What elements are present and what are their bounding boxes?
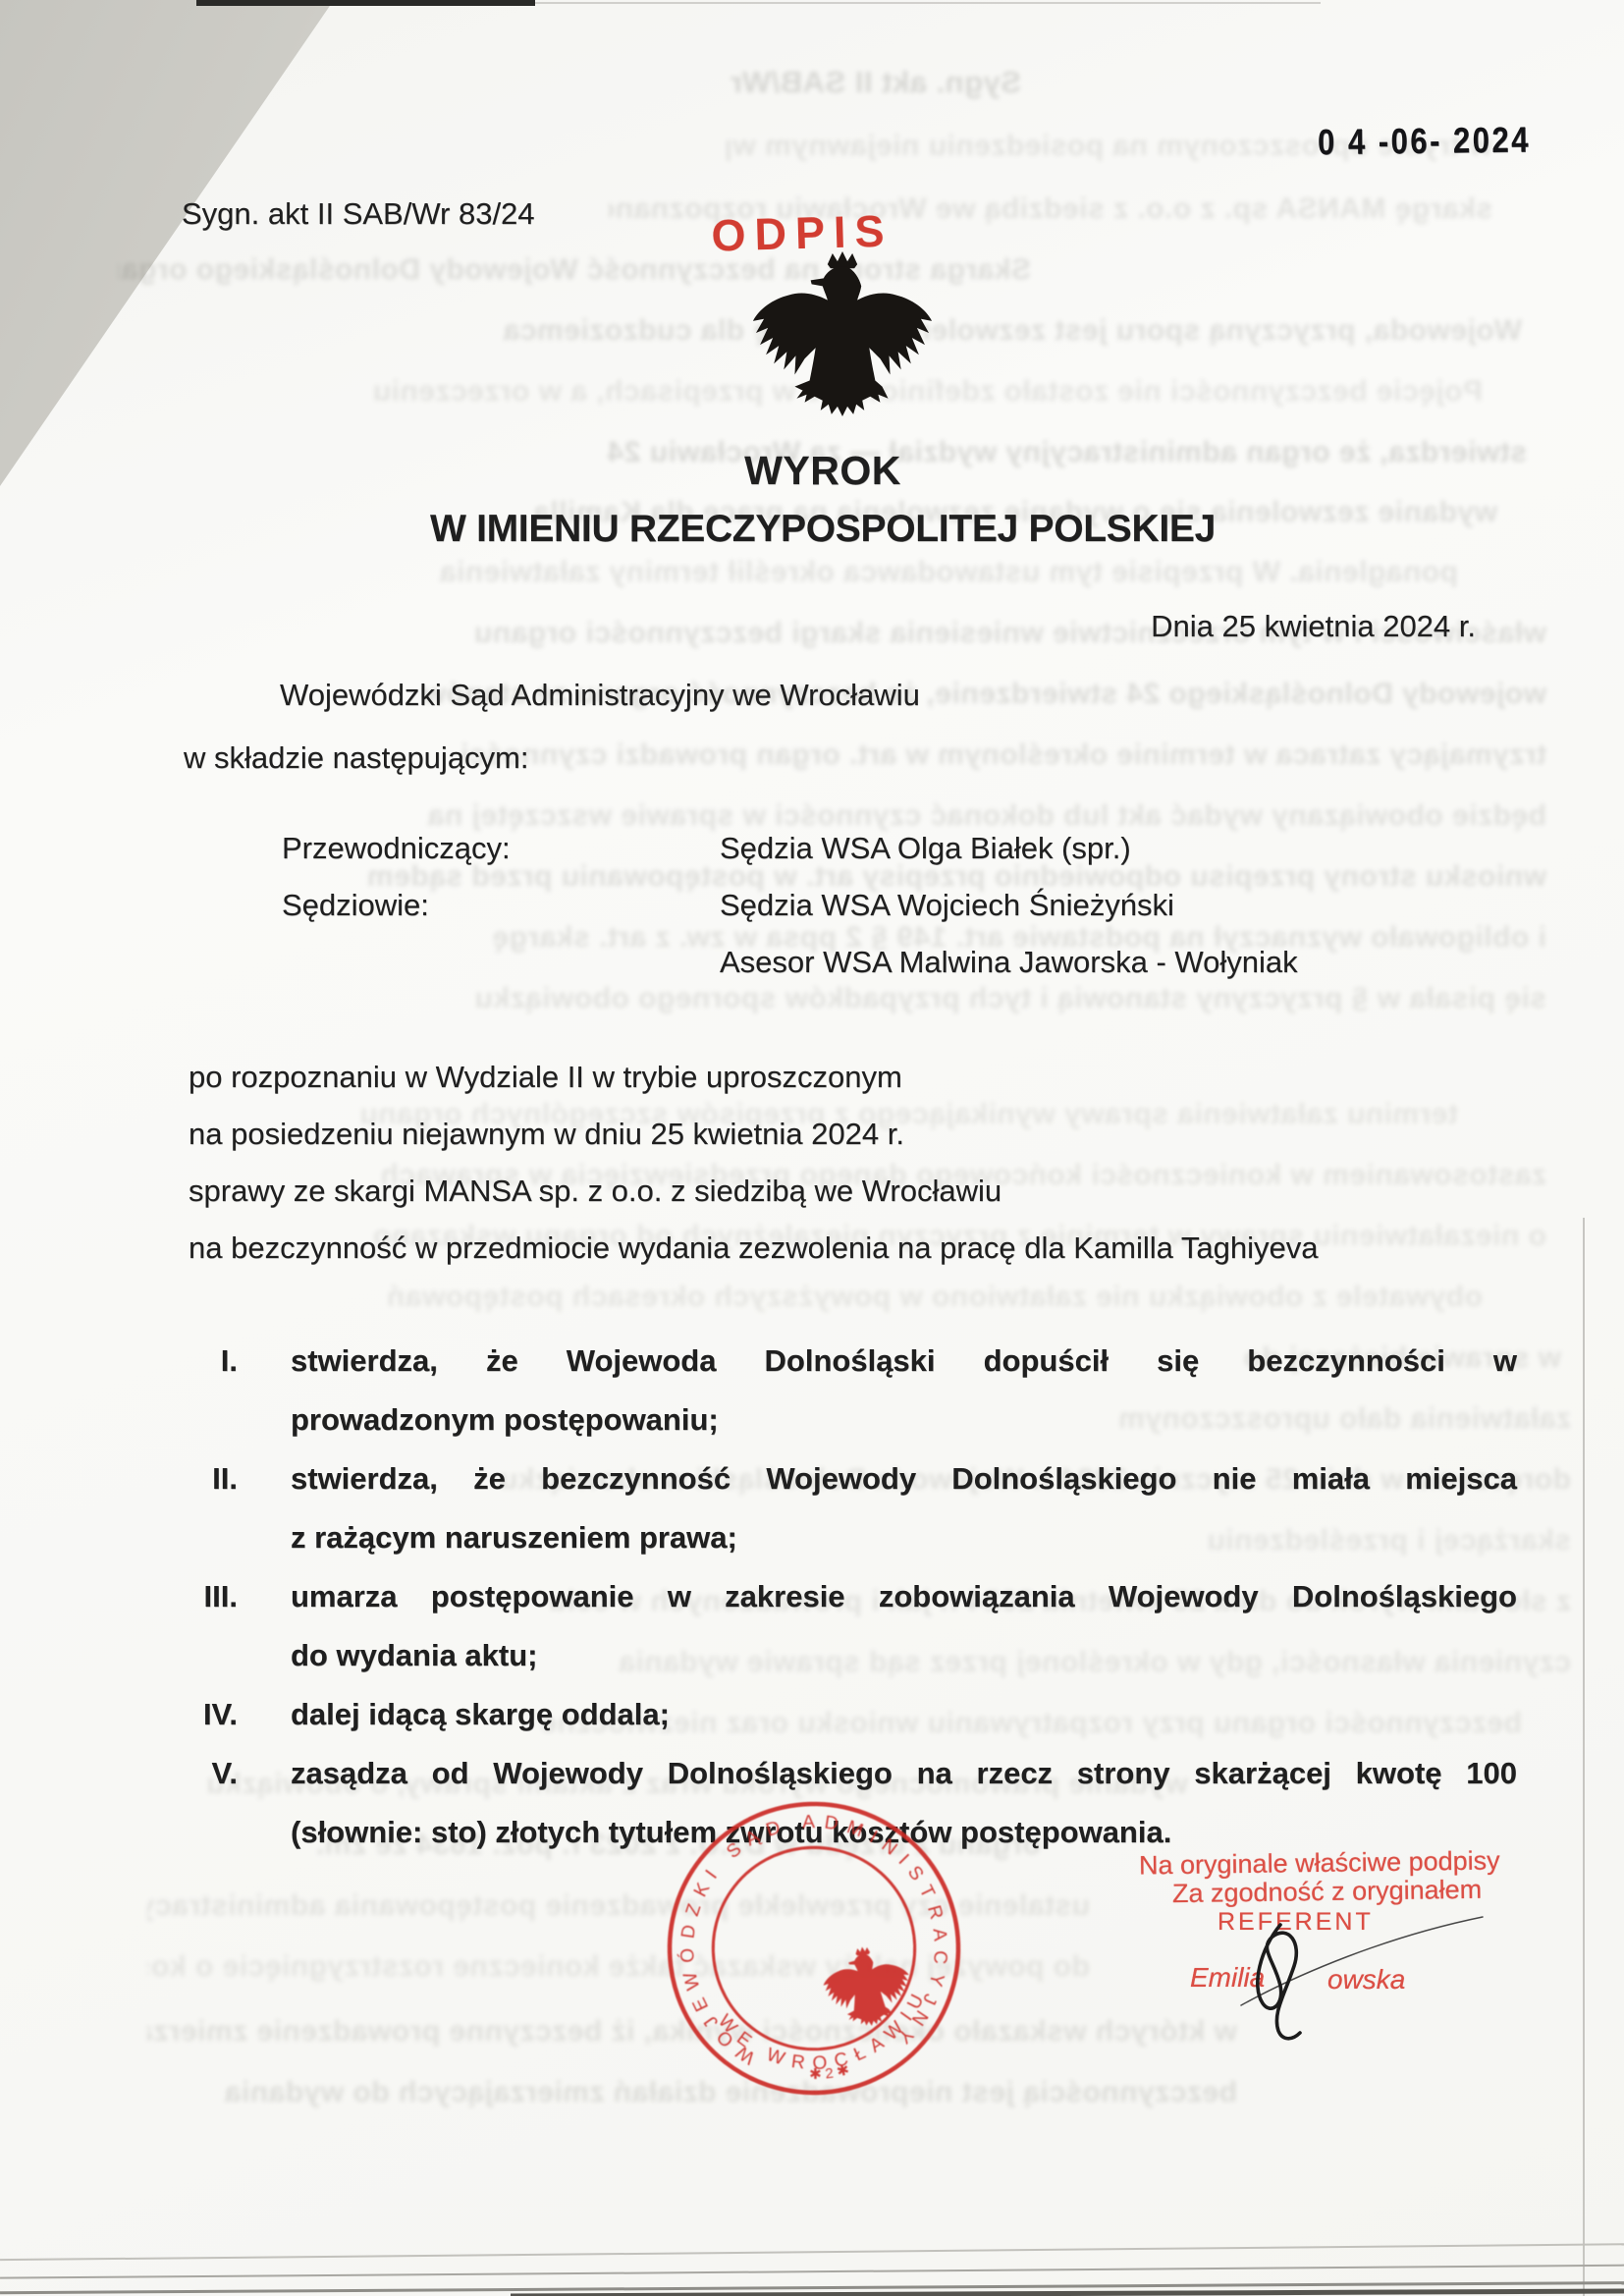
received-date-stamp: 0 4 -06- 2024 [1318,119,1531,163]
verdict-item-number: III. [182,1567,238,1626]
scan-bottom-line [0,2264,1624,2278]
panel-row: Sędziowie: Sędzia WSA Wojciech Śnieżyńsk… [0,888,1624,945]
verdict-item: IV.dalej idącą skargę oddala; [182,1685,1517,1744]
panel-row: Przewodniczący: Sędzia WSA Olga Białek (… [0,831,1624,888]
verdict-item-number: I. [182,1332,238,1391]
verdict-item: III.umarza postępowanie w zakresie zobow… [182,1567,1517,1685]
composition-intro: w składzie następującym: [184,740,529,776]
stamp-ring-text-top: WOJEWÓDZKI SĄD ADMINISTRACYJNY [661,1796,963,2075]
verdict-line: stwierdza, że Wojewoda Dolnośląski dopuś… [291,1332,1517,1391]
panel-row: Asesor WSA Malwina Jaworska - Wołyniak [0,945,1624,1002]
judgment-subtitle: W IMIENIU RZECZYPOSPOLITEJ POLSKIEJ [182,508,1464,551]
case-intro: po rozpoznaniu w Wydziale II w trybie up… [189,1049,1563,1277]
handwritten-signature [1229,1907,1499,2054]
bleedthrough-text: ponaglenia. W przepisie tym ustawodawca … [93,556,1458,589]
scan-bottom-line [0,2243,1624,2261]
verdict-line: umarza postępowanie w zakresie zobowiąza… [291,1567,1517,1626]
verdict-item-text: dalej idącą skargę oddala; [291,1685,1517,1744]
verdict-item: I.stwierdza, że Wojewoda Dolnośląski dop… [182,1332,1517,1449]
court-round-stamp: WOJEWÓDZKI SĄD ADMINISTRACYJNY WE WROCŁA… [649,1783,980,2114]
bleedthrough-text: Sygn. akt II SAB/Wr [609,65,1021,100]
case-intro-line: na posiedzeniu niejawnym w dniu 25 kwiet… [189,1106,1563,1163]
bleedthrough-text: obywatele z obowiązku nie załatwiono w p… [295,1281,1483,1314]
panel-judge-name: Sędzia WSA Wojciech Śnieżyński [720,888,1174,923]
verdict-line: stwierdza, że bezczynność Wojewody Dolno… [291,1449,1517,1508]
panel-role: Przewodniczący: [282,831,511,866]
svg-text:WOJEWÓDZKI SĄD ADMINISTRACYJNY: WOJEWÓDZKI SĄD ADMINISTRACYJNY [661,1796,963,2075]
verdict-line: prowadzonym postępowaniu; [291,1391,1517,1449]
scan-corner-fold [0,0,334,486]
scan-top-edge [196,0,535,6]
verdict-line: dalej idącą skargę oddala; [291,1685,1517,1744]
scanned-court-judgment-page: Sygn. akt II SAB/Wrw trybie uproszczonym… [0,0,1624,2296]
bleedthrough-text: będzie obowiązany wydać akt lub dokonać … [93,799,1546,833]
verdict-line: do wydania aktu; [291,1626,1517,1685]
case-number: Sygn. akt II SAB/Wr 83/24 [182,196,535,232]
case-intro-line: po rozpoznaniu w Wydziale II w trybie up… [189,1049,1563,1106]
verdict-item-number: V. [182,1744,238,1803]
panel-role: Sędziowie: [282,888,429,923]
stamp-eagle [819,1941,914,2031]
verdict-item: II.stwierdza, że bezczynność Wojewody Do… [182,1449,1517,1567]
panel-judge-name: Asesor WSA Malwina Jaworska - Wołyniak [720,945,1298,980]
verdict-line: z rażącym naruszeniem prawa; [291,1508,1517,1567]
judgment-title: WYROK [182,448,1464,494]
judgment-date: Dnia 25 kwietnia 2024 r. [182,609,1476,644]
verdict-item-text: stwierdza, że bezczynność Wojewody Dolno… [291,1449,1517,1567]
scan-right-edge-line [1583,1218,1585,2296]
verdict-item-number: II. [182,1449,238,1508]
verdict-item-text: stwierdza, że Wojewoda Dolnośląski dopuś… [291,1332,1517,1449]
verdict-item-text: umarza postępowanie w zakresie zobowiąza… [291,1567,1517,1685]
certification-line: Za zgodność z oryginałem [1172,1875,1483,1909]
panel-judge-name: Sędzia WSA Olga Białek (spr.) [720,831,1131,866]
case-intro-line: sprawy ze skargi MANSA sp. z o.o. z sied… [189,1163,1563,1220]
verdict-item-number: IV. [182,1685,238,1744]
verdict-list: I.stwierdza, że Wojewoda Dolnośląski dop… [182,1332,1517,1862]
polish-eagle-emblem [742,251,943,420]
scan-top-edge-line [535,2,1321,4]
court-name: Wojewódzki Sąd Administracyjny we Wrocła… [280,678,920,713]
case-intro-line: na bezczynność w przedmiocie wydania zez… [189,1220,1563,1277]
